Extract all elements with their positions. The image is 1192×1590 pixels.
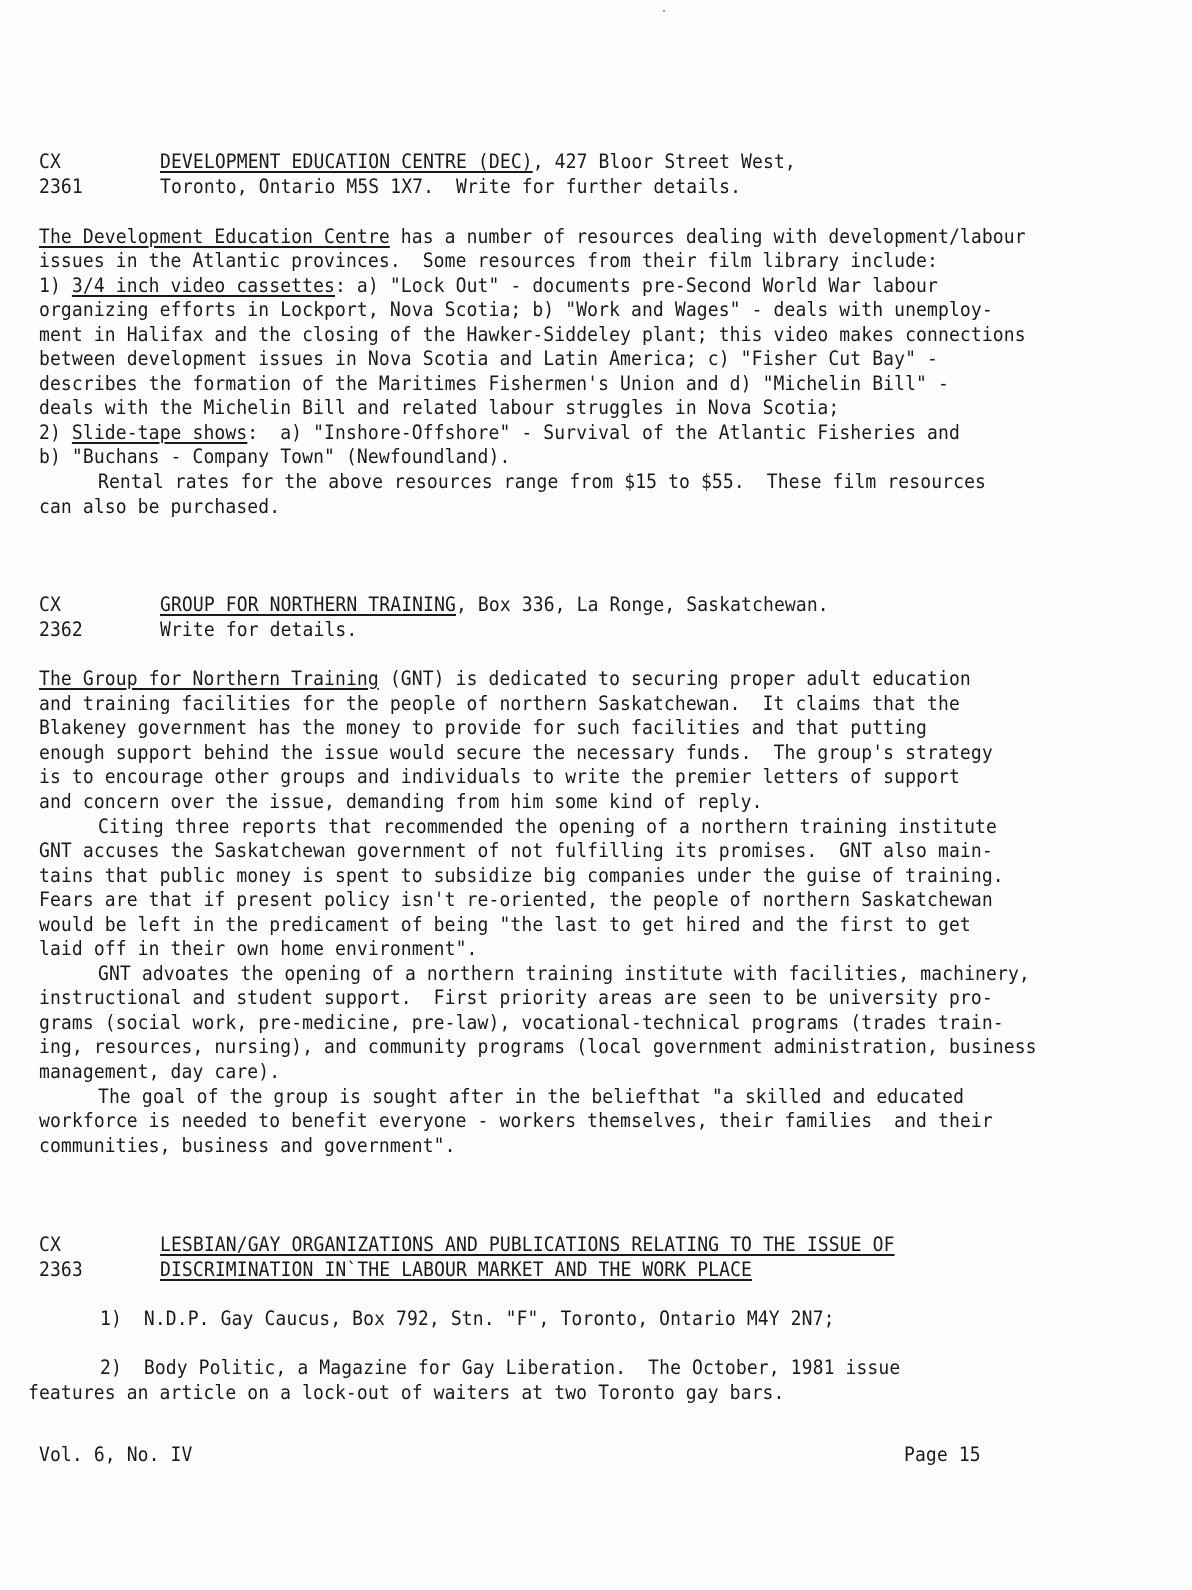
body-line: issues in the Atlantic provinces. Some r… xyxy=(39,249,938,273)
body-line: tains that public money is spent to subs… xyxy=(39,864,1004,888)
body-line: between development issues in Nova Scoti… xyxy=(39,347,938,371)
body-line: and training facilities for the people o… xyxy=(39,692,960,716)
body-line: deals with the Michelin Bill and related… xyxy=(39,396,839,420)
body-line: The Development Education Centre has a n… xyxy=(39,225,1026,249)
entry-heading-line1: DEVELOPMENT EDUCATION CENTRE (DEC), 427 … xyxy=(160,150,796,174)
list-item-cont: features an article on a lock-out of wai… xyxy=(28,1381,784,1405)
scan-speck xyxy=(663,10,665,12)
body-line: Rental rates for the above resources ran… xyxy=(98,470,986,494)
body-line: laid off in their own home environment". xyxy=(39,937,478,961)
entry-heading-line1: LESBIAN/GAY ORGANIZATIONS AND PUBLICATIO… xyxy=(160,1233,895,1257)
entry-title: DEVELOPMENT EDUCATION CENTRE (DEC) xyxy=(160,150,533,173)
entry-heading-line2: DISCRIMINATION IN`THE LABOUR MARKET AND … xyxy=(160,1258,752,1282)
list-item: 1) N.D.P. Gay Caucus, Box 792, Stn. "F",… xyxy=(100,1307,835,1331)
body-line: communities, business and government". xyxy=(39,1134,456,1158)
body-line: Fears are that if present policy isn't r… xyxy=(39,888,993,912)
body-line: ing, resources, nursing), and community … xyxy=(39,1035,1037,1059)
body-line: GNT advoates the opening of a northern t… xyxy=(98,962,1030,986)
body-line: Blakeney government has the money to pro… xyxy=(39,716,927,740)
body-line: 2) Slide-tape shows: a) "Inshore-Offshor… xyxy=(39,421,960,445)
entry-title: GROUP FOR NORTHERN TRAINING xyxy=(160,593,456,616)
body-line: enough support behind the issue would se… xyxy=(39,741,993,765)
entry-heading-line1: GROUP FOR NORTHERN TRAINING, Box 336, La… xyxy=(160,593,829,617)
entry-number: 2363 xyxy=(39,1258,83,1282)
page-number: Page 15 xyxy=(904,1443,981,1467)
resource-type-slides: Slide-tape shows xyxy=(72,421,247,444)
entry-heading-line2: Write for details. xyxy=(160,618,357,642)
body-line: GNT accuses the Saskatchewan government … xyxy=(39,839,993,863)
entry-code: CX xyxy=(39,593,61,617)
entry-address: , 427 Bloor Street West, xyxy=(533,150,796,173)
entry-address: , Box 336, La Ronge, Saskatchewan. xyxy=(456,593,829,616)
entry-number: 2362 xyxy=(39,618,83,642)
body-line: and concern over the issue, demanding fr… xyxy=(39,790,763,814)
body-line: The Group for Northern Training (GNT) is… xyxy=(39,667,971,691)
entry-heading-line2: Toronto, Ontario M5S 1X7. Write for furt… xyxy=(160,175,741,199)
document-page: CX 2361 DEVELOPMENT EDUCATION CENTRE (DE… xyxy=(0,0,1192,1590)
body-line: b) "Buchans - Company Town" (Newfoundlan… xyxy=(39,445,510,469)
body-line: is to encourage other groups and individ… xyxy=(39,765,960,789)
volume-label: Vol. 6, No. IV xyxy=(39,1443,192,1467)
entry-number: 2361 xyxy=(39,175,83,199)
body-line: 1) 3/4 inch video cassettes: a) "Lock Ou… xyxy=(39,274,938,298)
body-line: grams (social work, pre-medicine, pre-la… xyxy=(39,1011,1004,1035)
list-item: 2) Body Politic, a Magazine for Gay Libe… xyxy=(100,1356,900,1380)
body-line: describes the formation of the Maritimes… xyxy=(39,372,949,396)
body-line: ment in Halifax and the closing of the H… xyxy=(39,323,1026,347)
org-name: The Development Education Centre xyxy=(39,225,390,248)
body-line: management, day care). xyxy=(39,1060,280,1084)
org-name: The Group for Northern Training xyxy=(39,667,379,690)
entry-code: CX xyxy=(39,150,61,174)
entry-title-cont: DISCRIMINATION IN`THE LABOUR MARKET AND … xyxy=(160,1258,752,1281)
entry-code: CX xyxy=(39,1233,61,1257)
resource-type-video: 3/4 inch video cassettes xyxy=(72,274,335,297)
body-line: Citing three reports that recommended th… xyxy=(98,815,997,839)
body-line: organizing efforts in Lockport, Nova Sco… xyxy=(39,298,993,322)
body-line: would be left in the predicament of bein… xyxy=(39,913,971,937)
body-line: instructional and student support. First… xyxy=(39,986,993,1010)
entry-title: LESBIAN/GAY ORGANIZATIONS AND PUBLICATIO… xyxy=(160,1233,895,1256)
body-line: can also be purchased. xyxy=(39,495,280,519)
body-line: The goal of the group is sought after in… xyxy=(98,1085,964,1109)
body-line: workforce is needed to benefit everyone … xyxy=(39,1109,993,1133)
